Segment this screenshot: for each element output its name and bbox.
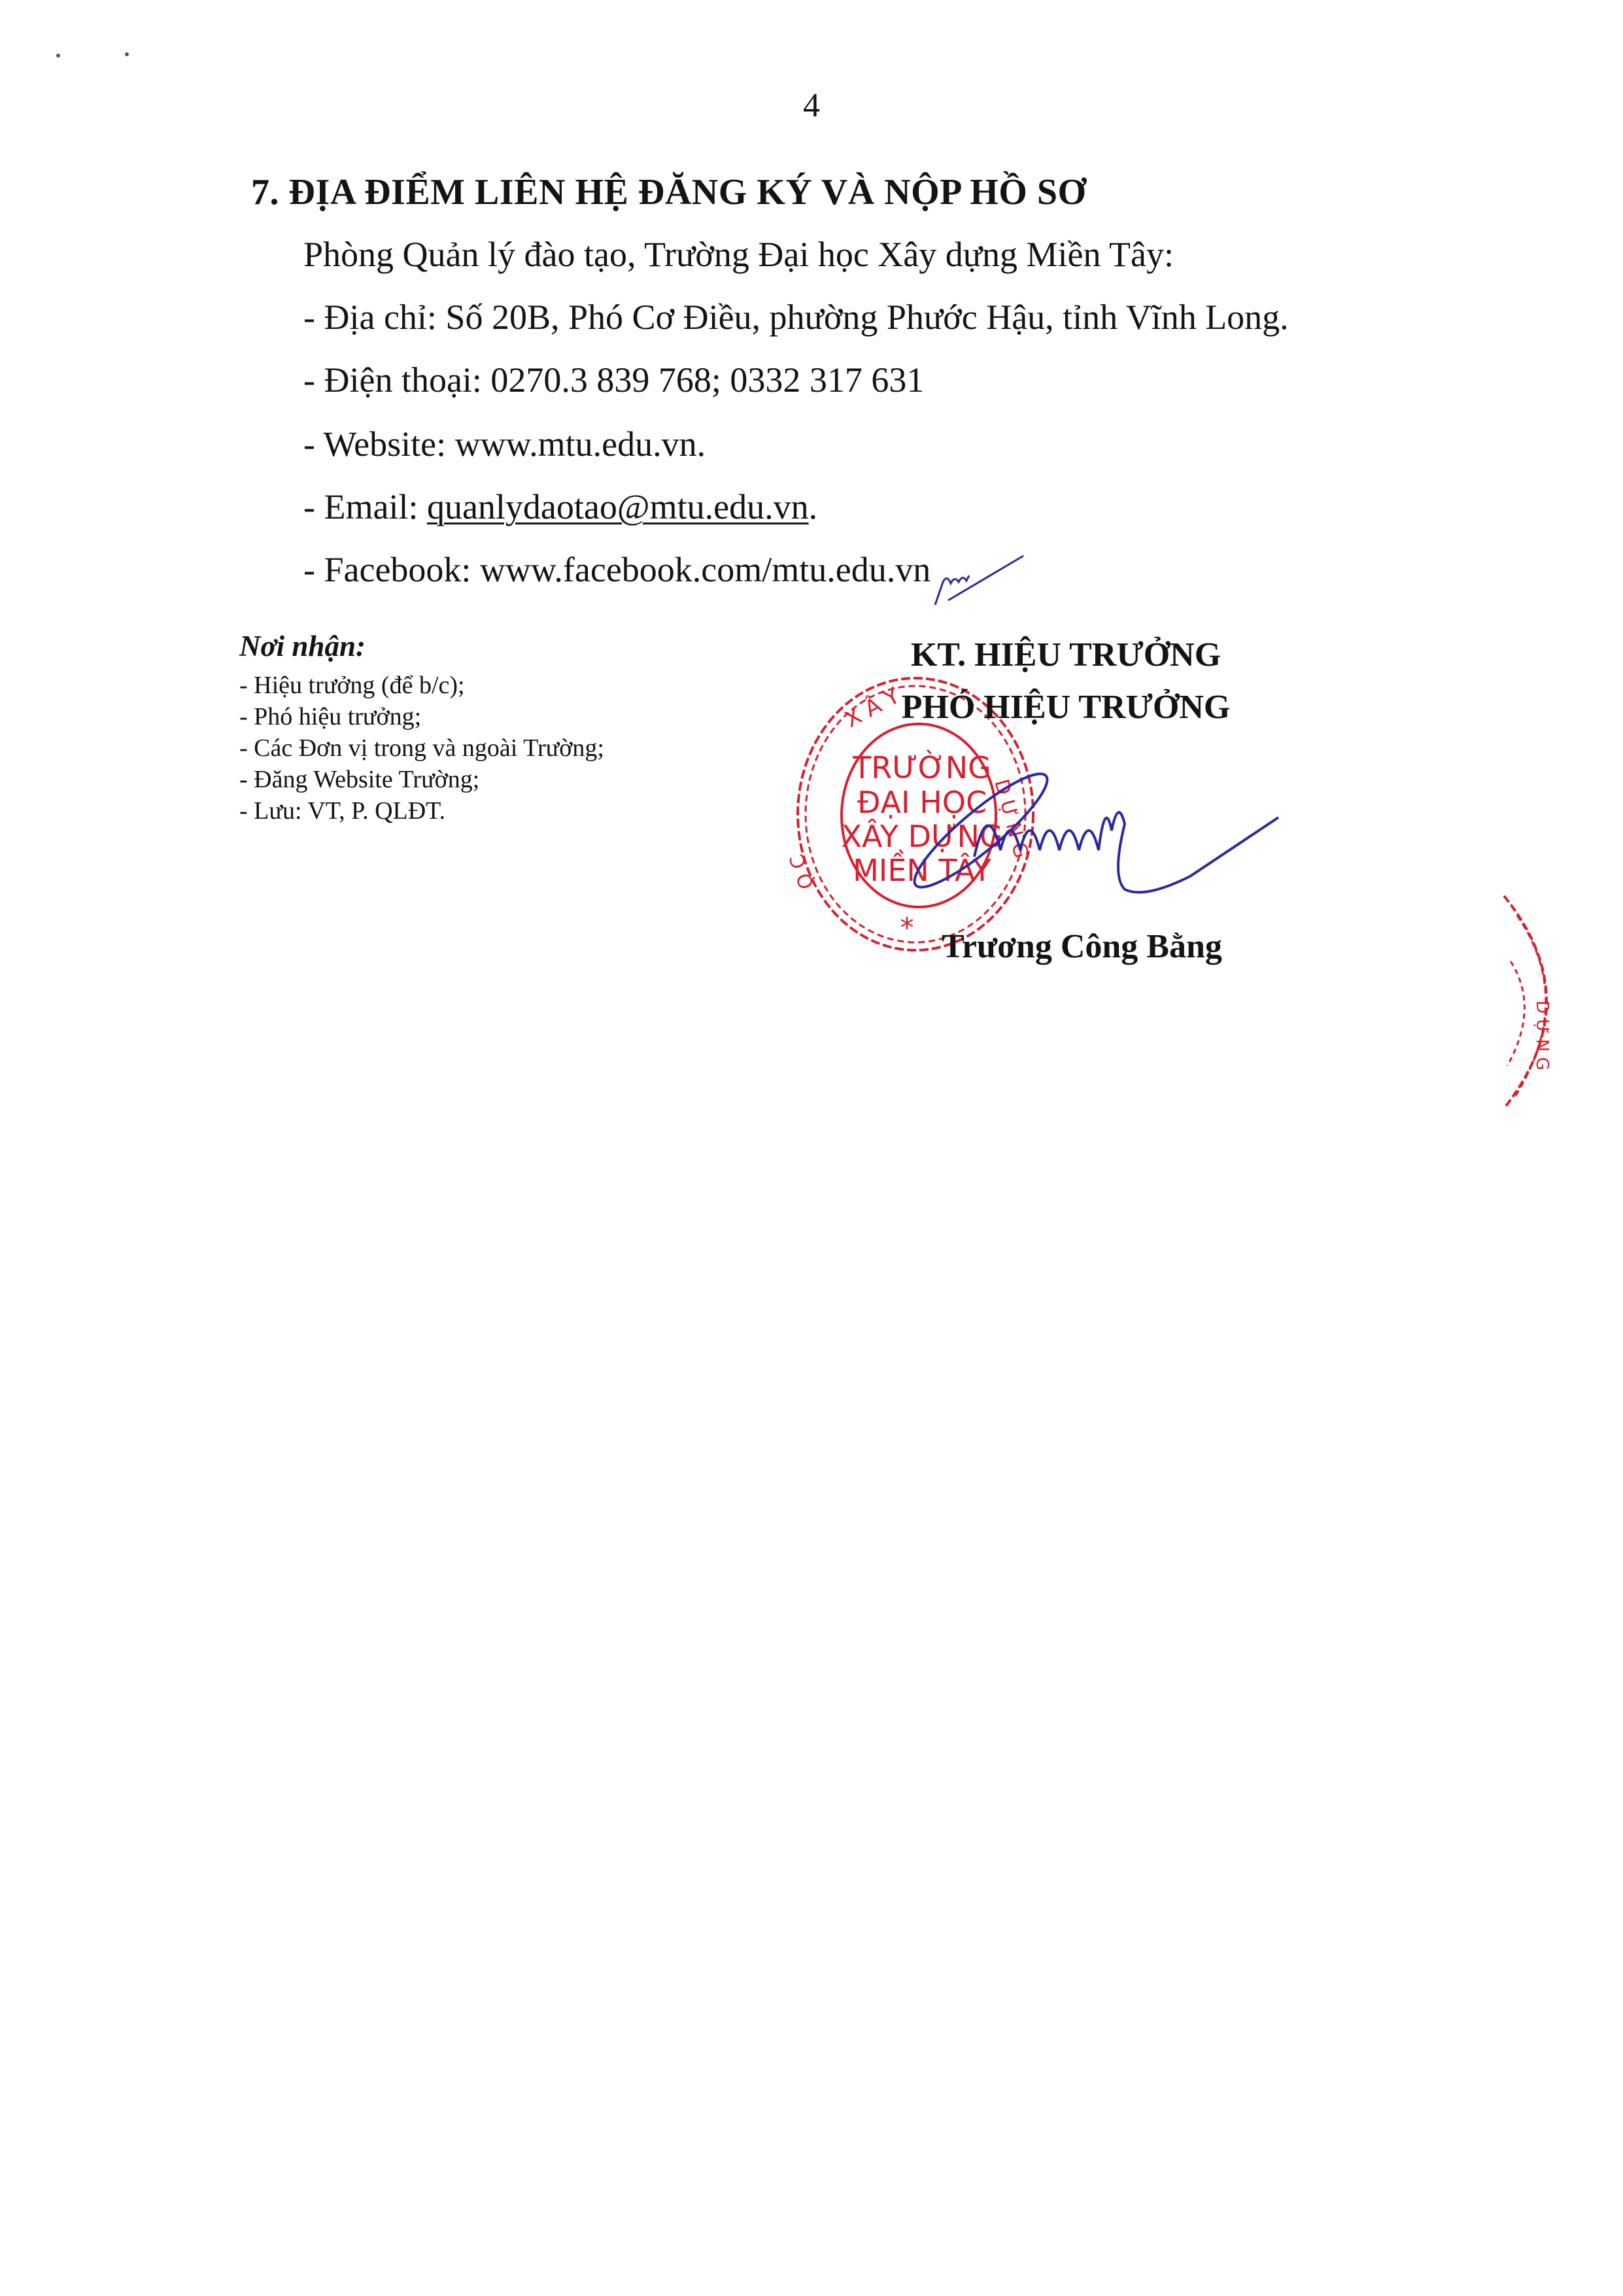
recipients-list: - Hiệu trưởng (để b/c); - Phó hiệu trưởn… <box>239 670 604 827</box>
email-link[interactable]: quanlydaotao@mtu.edu.vn <box>427 487 809 526</box>
svg-text:*: * <box>900 912 914 944</box>
svg-text:Ọ C: Ọ C <box>788 851 819 892</box>
contact-website: - Website: www.mtu.edu.vn. <box>303 424 706 464</box>
partial-stamp-icon: D Ự N G <box>1491 883 1582 1118</box>
handwritten-signature-icon <box>902 759 1282 902</box>
contact-facebook: - Facebook: www.facebook.com/mtu.edu.vn <box>303 549 931 590</box>
contact-address: - Địa chỉ: Số 20B, Phó Cơ Điều, phường P… <box>303 297 1289 337</box>
email-suffix: . <box>809 487 818 526</box>
recipient-item: - Đăng Website Trường; <box>239 764 604 795</box>
signer-title-line1: KT. HIỆU TRƯỞNG <box>811 629 1321 681</box>
page-number: 4 <box>0 86 1623 125</box>
recipients-title: Nơi nhận: <box>239 629 604 663</box>
contact-email: - Email: quanlydaotao@mtu.edu.vn. <box>303 487 817 527</box>
recipient-item: - Hiệu trưởng (để b/c); <box>239 670 604 701</box>
contact-phone: - Điện thoại: 0270.3 839 768; 0332 317 6… <box>303 360 924 400</box>
recipient-item: - Các Đơn vị trong và ngoài Trường; <box>239 732 604 764</box>
recipient-item: - Phó hiệu trưởng; <box>239 701 604 732</box>
initials-mark-icon <box>929 543 1027 608</box>
recipients-block: Nơi nhận: - Hiệu trưởng (để b/c); - Phó … <box>239 629 604 827</box>
email-label: - Email: <box>303 487 427 526</box>
section-heading: 7. ĐỊA ĐIỂM LIÊN HỆ ĐĂNG KÝ VÀ NỘP HỒ SƠ <box>251 171 1087 213</box>
recipient-item: - Lưu: VT, P. QLĐT. <box>239 795 604 827</box>
svg-text:D Ự N G: D Ự N G <box>1532 1001 1552 1071</box>
signer-title-line2: PHÓ HIỆU TRƯỞNG <box>811 681 1321 734</box>
signature-block: KT. HIỆU TRƯỞNG PHÓ HIỆU TRƯỞNG <box>811 629 1321 734</box>
contact-office: Phòng Quản lý đào tạo, Trường Đại học Xâ… <box>303 234 1174 275</box>
scan-speck <box>56 54 60 58</box>
signer-name: Trương Công Bằng <box>942 927 1222 966</box>
scan-speck <box>125 52 129 56</box>
